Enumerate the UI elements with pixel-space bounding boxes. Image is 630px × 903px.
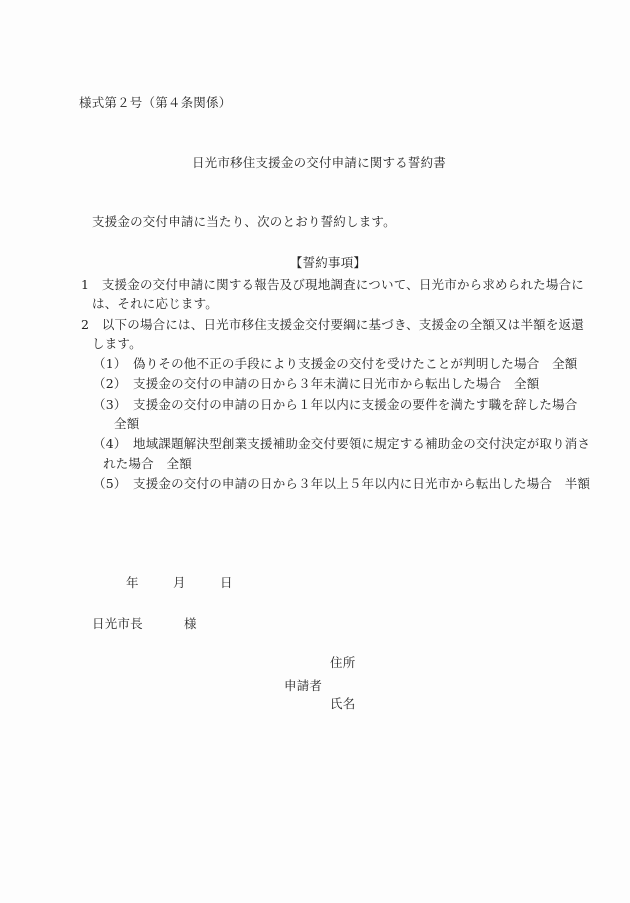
pledge-item-2: 2 以下の場合には、日光市移住支援金交付要綱に基づき、支援金の全額又は半額を返還 [81,319,584,332]
applicant-name-label: 氏名 [330,698,355,711]
sub-item-3-continued: 全額 [114,418,139,431]
sub-item-5: （5） 支援金の交付の申請の日から３年以上５年以内に日光市から転出した場合 半額 [93,478,590,491]
addressee-name: 日光市長 [92,618,143,631]
sub-item-2: （2） 支援金の交付の申請の日から３年未満に日光市から転出した場合 全額 [93,378,539,391]
pledge-item-2-continued: します。 [92,338,142,351]
sub-item-4-continued: れた場合 全額 [103,458,192,471]
date-month-label: 月 [173,577,186,590]
document-title: 日光市移住支援金の交付申請に関する誓約書 [0,157,630,170]
intro-text: 支援金の交付申請に当たり、次のとおり誓約します。 [92,216,396,229]
addressee-honorific: 様 [184,618,197,631]
sub-item-4: （4） 地域課題解決型創業支援補助金交付要領に規定する補助金の交付決定が取り消さ [93,438,590,451]
pledge-item-1-continued: は、それに応じます。 [92,298,218,311]
applicant-label: 申請者 [284,680,322,693]
form-number: 様式第２号（第４条関係） [79,97,231,110]
sub-item-3: （3） 支援金の交付の申請の日から１年以内に支援金の要件を満たす職を辞した場合 [93,399,578,412]
applicant-address-label: 住所 [330,657,355,670]
sub-item-1: （1） 偽りその他不正の手段により支援金の交付を受けたことが判明した場合 全額 [93,358,578,371]
date-day-label: 日 [220,577,233,590]
pledge-item-1: 1 支援金の交付申請に関する報告及び現地調査について、日光市から求められた場合に [81,279,584,292]
document-page: 様式第２号（第４条関係） 日光市移住支援金の交付申請に関する誓約書 支援金の交付… [0,0,630,903]
section-heading: 【誓約事項】 [0,257,630,270]
date-year-label: 年 [126,577,139,590]
